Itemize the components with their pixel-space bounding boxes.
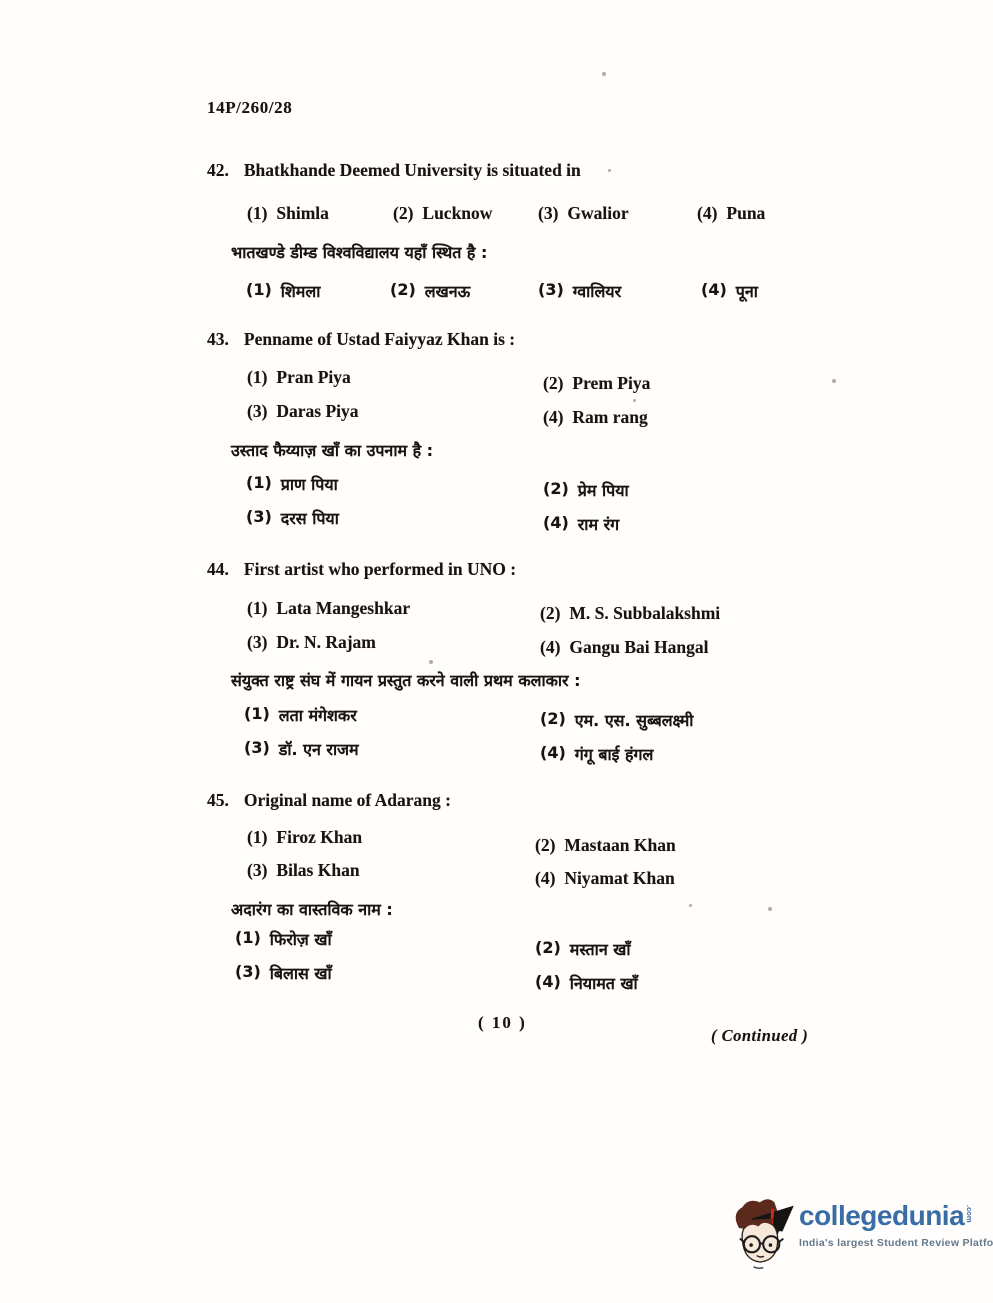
question-number: 44. — [207, 559, 229, 580]
option: (2)Mastaan Khan — [535, 835, 676, 856]
option-number: (2) — [390, 280, 416, 302]
question-45-options-hi-row1: (1)फिरोज़ खाँ (2)मस्तान खाँ — [235, 928, 935, 954]
option-number: (2) — [540, 603, 560, 624]
brand-tagline: India's largest Student Review Platform — [799, 1237, 993, 1249]
question-text-hi: संयुक्त राष्ट्र संघ में गायन प्रस्तुत कर… — [231, 669, 581, 691]
option-label: Pran Piya — [276, 367, 350, 388]
option: (4)राम रंग — [543, 513, 619, 535]
question-text-en: Original name of Adarang : — [244, 790, 451, 811]
question-43-options-en-row1: (1)Pran Piya (2)Prem Piya — [247, 367, 947, 393]
option-number: (2) — [540, 709, 566, 731]
paper-code: 14P/260/28 — [207, 98, 292, 118]
option-number: (4) — [701, 280, 727, 302]
question-43-options-en-row2: (3)Daras Piya (4)Ram rang — [247, 401, 947, 427]
option-label: Lucknow — [422, 203, 492, 224]
option: (2)लखनऊ — [390, 280, 470, 302]
option-label: Shimla — [276, 203, 329, 224]
option: (3)Daras Piya — [247, 401, 359, 422]
option-number: (1) — [247, 203, 267, 224]
logo-text-block: collegedunia .com India's largest Studen… — [799, 1186, 993, 1249]
scan-speck — [429, 660, 433, 664]
option: (1)शिमला — [246, 280, 320, 302]
option-label: Puna — [726, 203, 765, 224]
question-text-hi: भातखण्डे डीम्ड विश्वविद्यालय यहाँ स्थित … — [231, 241, 487, 263]
exam-paper-page: 14P/260/28 42. Bhatkhande Deemed Univers… — [0, 0, 993, 1303]
option-number: (1) — [235, 928, 261, 950]
option-label: प्रेम पिया — [578, 479, 629, 501]
option-number: (4) — [543, 513, 569, 535]
option: (4)Puna — [697, 203, 765, 224]
option-label: Daras Piya — [276, 401, 358, 422]
option-number: (1) — [246, 473, 272, 495]
question-43-options-hi-row2: (3)दरस पिया (4)राम रंग — [246, 507, 946, 533]
option: (3)दरस पिया — [246, 507, 339, 529]
option-label: Dr. N. Rajam — [276, 632, 375, 653]
option: (4)गंगू बाई हंगल — [540, 743, 653, 765]
option-label: Mastaan Khan — [564, 835, 675, 856]
question-text-hi: उस्ताद फैय्याज़ खाँ का उपनाम है : — [231, 439, 433, 461]
page-number: ( 10 ) — [478, 1013, 527, 1033]
option-number: (1) — [247, 367, 267, 388]
option-label: फिरोज़ खाँ — [270, 928, 332, 950]
option: (4)पूना — [701, 280, 758, 302]
question-43-options-hi-row1: (1)प्राण पिया (2)प्रेम पिया — [246, 473, 946, 499]
question-42-options-hi: (1)शिमला (2)लखनऊ (3)ग्वालियर (4)पूना — [246, 280, 946, 306]
option-number: (3) — [247, 401, 267, 422]
option-label: डॉ. एन राजम — [279, 738, 359, 760]
option-number: (4) — [535, 972, 561, 994]
option-number: (1) — [244, 704, 270, 726]
option-label: लखनऊ — [425, 280, 470, 302]
option-label: प्राण पिया — [281, 473, 338, 495]
option-label: Bilas Khan — [276, 860, 359, 881]
question-45-options-en-row2: (3)Bilas Khan (4)Niyamat Khan — [247, 860, 947, 886]
option-number: (4) — [697, 203, 717, 224]
continued-label: ( Continued ) — [711, 1026, 808, 1046]
option-number: (2) — [543, 373, 563, 394]
option-number: (1) — [247, 598, 267, 619]
option-number: (3) — [247, 632, 267, 653]
option: (4)Gangu Bai Hangal — [540, 637, 708, 658]
option-number: (4) — [543, 407, 563, 428]
question-45-options-hi-row2: (3)बिलास खाँ (4)नियामत खाँ — [235, 962, 935, 988]
collegedunia-logo: collegedunia .com India's largest Studen… — [731, 1186, 993, 1280]
brand-row: collegedunia .com — [799, 1202, 993, 1230]
option-label: ग्वालियर — [573, 280, 621, 302]
option: (3)डॉ. एन राजम — [244, 738, 359, 760]
question-44-heading: 44. First artist who performed in UNO : — [207, 559, 516, 580]
option-label: M. S. Subbalakshmi — [569, 603, 720, 624]
option: (2)Prem Piya — [543, 373, 650, 394]
question-number: 43. — [207, 329, 229, 350]
scan-speck — [602, 72, 606, 76]
option-number: (4) — [540, 743, 566, 765]
question-44-options-hi-row2: (3)डॉ. एन राजम (4)गंगू बाई हंगल — [244, 738, 944, 764]
option-number: (3) — [247, 860, 267, 881]
option: (1)Shimla — [247, 203, 329, 224]
option-number: (3) — [244, 738, 270, 760]
option-label: Lata Mangeshkar — [276, 598, 410, 619]
option-label: Ram rang — [572, 407, 647, 428]
option-label: गंगू बाई हंगल — [575, 743, 654, 765]
option-label: Prem Piya — [572, 373, 650, 394]
option-label: बिलास खाँ — [270, 962, 332, 984]
question-text-hi: अदारंग का वास्तविक नाम : — [231, 898, 393, 920]
question-number: 45. — [207, 790, 229, 811]
question-45-options-en-row1: (1)Firoz Khan (2)Mastaan Khan — [247, 827, 947, 853]
question-number: 42. — [207, 160, 229, 181]
scan-speck — [633, 399, 636, 402]
option-label: Firoz Khan — [276, 827, 362, 848]
option: (1)Lata Mangeshkar — [247, 598, 410, 619]
question-42-options-en: (1)Shimla (2)Lucknow (3)Gwalior (4)Puna — [247, 203, 947, 229]
option: (1)Pran Piya — [247, 367, 351, 388]
question-44-options-en-row2: (3)Dr. N. Rajam (4)Gangu Bai Hangal — [247, 632, 947, 658]
option: (3)Bilas Khan — [247, 860, 360, 881]
option-number: (2) — [535, 938, 561, 960]
option-number: (2) — [535, 835, 555, 856]
brand-tld: .com — [965, 1205, 974, 1223]
question-text-en: Bhatkhande Deemed University is situated… — [244, 160, 581, 181]
question-45-heading: 45. Original name of Adarang : — [207, 790, 451, 811]
option: (1)लता मंगेशकर — [244, 704, 357, 726]
option: (2)मस्तान खाँ — [535, 938, 631, 960]
option-number: (3) — [538, 280, 564, 302]
option: (2)प्रेम पिया — [543, 479, 629, 501]
option: (2)एम. एस. सुब्बलक्ष्मी — [540, 709, 693, 731]
option: (1)Firoz Khan — [247, 827, 362, 848]
question-42-heading: 42. Bhatkhande Deemed University is situ… — [207, 160, 581, 181]
option-label: दरस पिया — [281, 507, 339, 529]
option-label: Niyamat Khan — [564, 868, 674, 889]
option-label: Gwalior — [567, 203, 628, 224]
option-label: राम रंग — [578, 513, 619, 535]
option: (1)फिरोज़ खाँ — [235, 928, 332, 950]
option-number: (1) — [246, 280, 272, 302]
option-label: Gangu Bai Hangal — [569, 637, 708, 658]
question-44-options-en-row1: (1)Lata Mangeshkar (2)M. S. Subbalakshmi — [247, 598, 947, 624]
question-43-heading: 43. Penname of Ustad Faiyyaz Khan is : — [207, 329, 515, 350]
option-number: (3) — [235, 962, 261, 984]
option: (3)Dr. N. Rajam — [247, 632, 376, 653]
option-label: नियामत खाँ — [570, 972, 638, 994]
collegedunia-mascot-icon — [731, 1186, 797, 1280]
option: (3)ग्वालियर — [538, 280, 621, 302]
option-number: (3) — [538, 203, 558, 224]
option-label: शिमला — [281, 280, 321, 302]
scan-speck — [768, 907, 772, 911]
option: (2)M. S. Subbalakshmi — [540, 603, 720, 624]
option-number: (2) — [393, 203, 413, 224]
option: (4)Ram rang — [543, 407, 648, 428]
question-44-options-hi-row1: (1)लता मंगेशकर (2)एम. एस. सुब्बलक्ष्मी — [244, 704, 944, 730]
question-text-en: First artist who performed in UNO : — [244, 559, 516, 580]
scan-speck — [689, 904, 692, 907]
option-number: (1) — [247, 827, 267, 848]
option: (3)Gwalior — [538, 203, 629, 224]
option-label: मस्तान खाँ — [570, 938, 631, 960]
question-text-en: Penname of Ustad Faiyyaz Khan is : — [244, 329, 515, 350]
option: (4)Niyamat Khan — [535, 868, 675, 889]
option: (4)नियामत खाँ — [535, 972, 638, 994]
scan-speck — [608, 169, 611, 172]
option: (3)बिलास खाँ — [235, 962, 332, 984]
option-label: पूना — [736, 280, 758, 302]
scan-speck — [832, 379, 836, 383]
option: (2)Lucknow — [393, 203, 492, 224]
option-number: (3) — [246, 507, 272, 529]
option-number: (4) — [540, 637, 560, 658]
option: (1)प्राण पिया — [246, 473, 338, 495]
option-number: (4) — [535, 868, 555, 889]
option-label: एम. एस. सुब्बलक्ष्मी — [575, 709, 694, 731]
option-number: (2) — [543, 479, 569, 501]
option-label: लता मंगेशकर — [279, 704, 357, 726]
brand-name: collegedunia — [799, 1202, 964, 1230]
